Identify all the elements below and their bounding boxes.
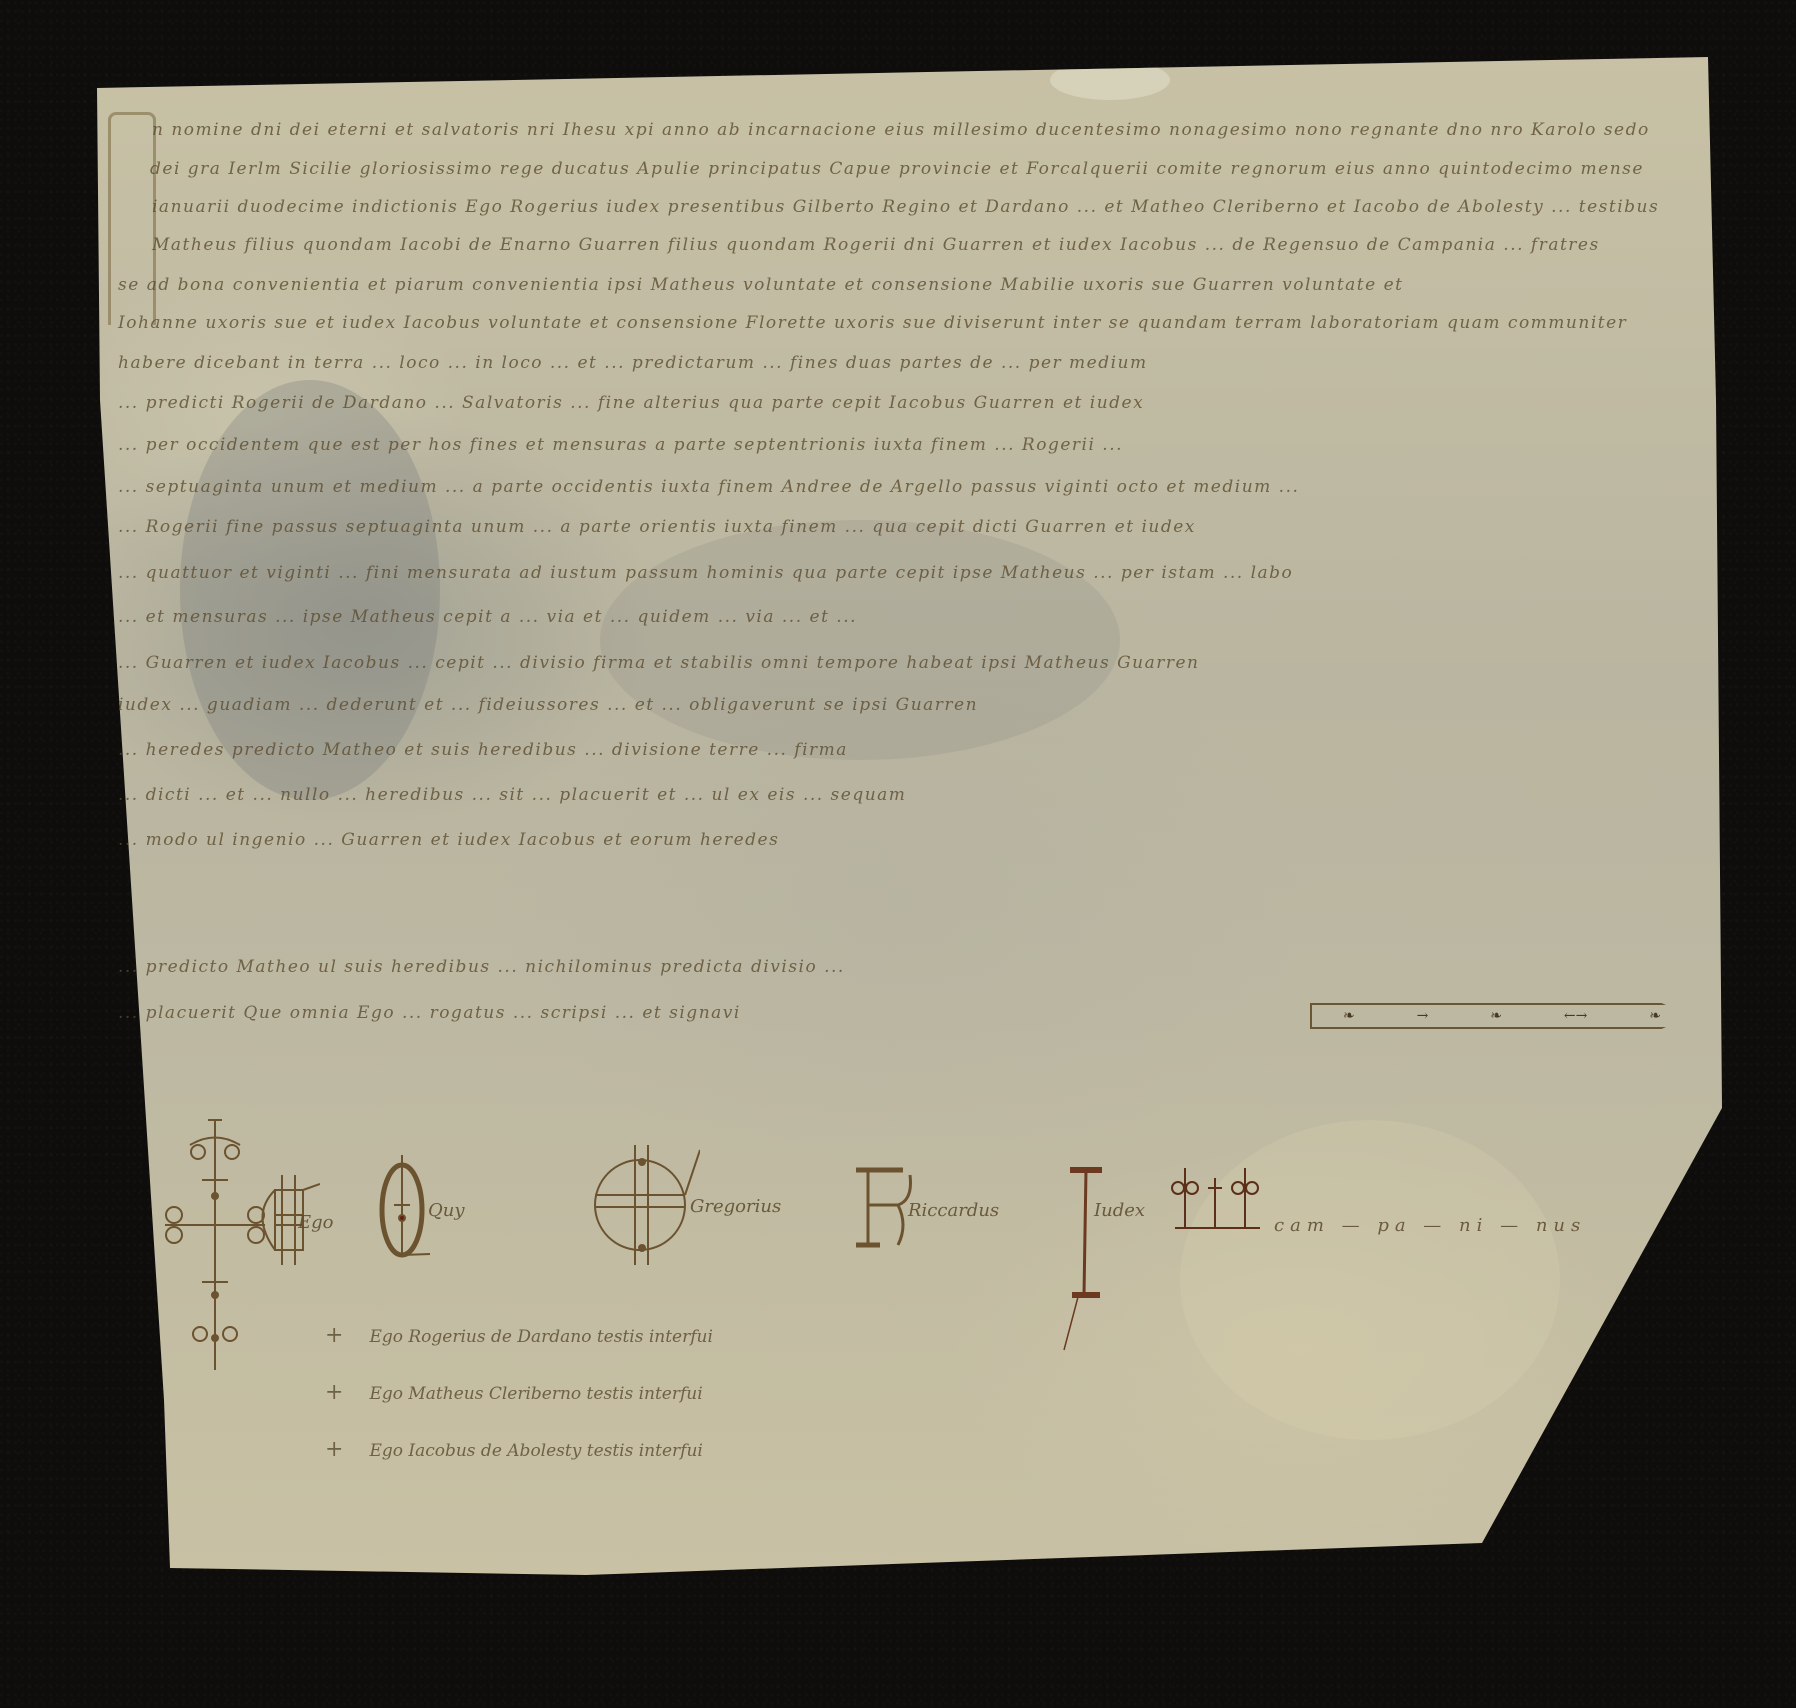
text-line: ... septuaginta unum et medium ... a par…	[118, 477, 1299, 497]
text-line: ... predicti Rogerii de Dardano ... Salv…	[118, 393, 1144, 413]
notarial-signum-bar: ❧ → ❧ ←→ ❧	[1310, 1003, 1692, 1029]
text-line: dei gra Ierlm Sicilie gloriosissimo rege…	[150, 159, 1644, 179]
text-line: ... per occidentem que est per hos fines…	[118, 435, 1123, 455]
signature-gregorius: Gregorius	[690, 1196, 781, 1217]
text-line: habere dicebant in terra ... loco ... in…	[118, 353, 1148, 373]
signature-ego: Ego	[298, 1212, 334, 1233]
text-line: ... heredes predicto Matheo et suis here…	[118, 740, 848, 760]
signum-mark-icon: ❧	[1490, 1008, 1502, 1024]
signature-iudex: Iudex	[1094, 1200, 1145, 1221]
signum-arrow-icon: ←→	[1564, 1008, 1587, 1024]
text-line: ... Rogerii fine passus septuaginta unum…	[118, 517, 1196, 537]
text-line: Matheus filius quondam Iacobi de Enarno …	[152, 235, 1600, 255]
text-line: se ad bona convenientia et piarum conven…	[118, 275, 1404, 295]
signature-campaninus: cam — pa — ni — nus	[1274, 1215, 1586, 1236]
text-line: ... predicto Matheo ul suis heredibus ..…	[118, 957, 845, 977]
witness-line: +Ego Rogerius de Dardano testis interfui	[325, 1323, 713, 1348]
text-line: ... modo ul ingenio ... Guarren et iudex…	[118, 830, 779, 850]
signum-mark-icon: ❧	[1343, 1008, 1355, 1024]
text-line: Iohanne uxoris sue et iudex Iacobus volu…	[118, 313, 1627, 333]
signum-arrow-icon: →	[1417, 1008, 1429, 1024]
cross-icon: +	[325, 1380, 343, 1405]
signum-mark-icon: ❧	[1649, 1008, 1661, 1024]
cross-icon: +	[325, 1437, 343, 1462]
text-line: ... placuerit Que omnia Ego ... rogatus …	[118, 1003, 741, 1023]
text-line: ... et mensuras ... ipse Matheus cepit a…	[118, 607, 857, 627]
text-line: ianuarii duodecime indictionis Ego Roger…	[152, 197, 1659, 217]
text-line: ... Guarren et iudex Iacobus ... cepit .…	[118, 653, 1200, 673]
signature-riccardus: Riccardus	[908, 1200, 999, 1221]
text-line: iudex ... guadiam ... dederunt et ... fi…	[118, 695, 978, 715]
signature-quy: Quy	[428, 1200, 465, 1221]
text-line: ... dicti ... et ... nullo ... heredibus…	[118, 785, 906, 805]
water-stain	[600, 520, 1120, 760]
witness-line: +Ego Matheus Cleriberno testis interfui	[325, 1380, 703, 1405]
text-line: n nomine dni dei eterni et salvatoris nr…	[152, 120, 1650, 140]
text-line: ... quattuor et viginti ... fini mensura…	[118, 563, 1293, 583]
cross-icon: +	[325, 1323, 343, 1348]
i-initial-icon	[1060, 1165, 1110, 1355]
witness-line: +Ego Iacobus de Abolesty testis interfui	[325, 1437, 703, 1462]
g-monogram-icon	[590, 1140, 700, 1270]
parchment-sheet	[0, 0, 1796, 1708]
triple-cross-monogram-icon	[1170, 1163, 1260, 1233]
q-monogram-icon	[372, 1150, 432, 1265]
